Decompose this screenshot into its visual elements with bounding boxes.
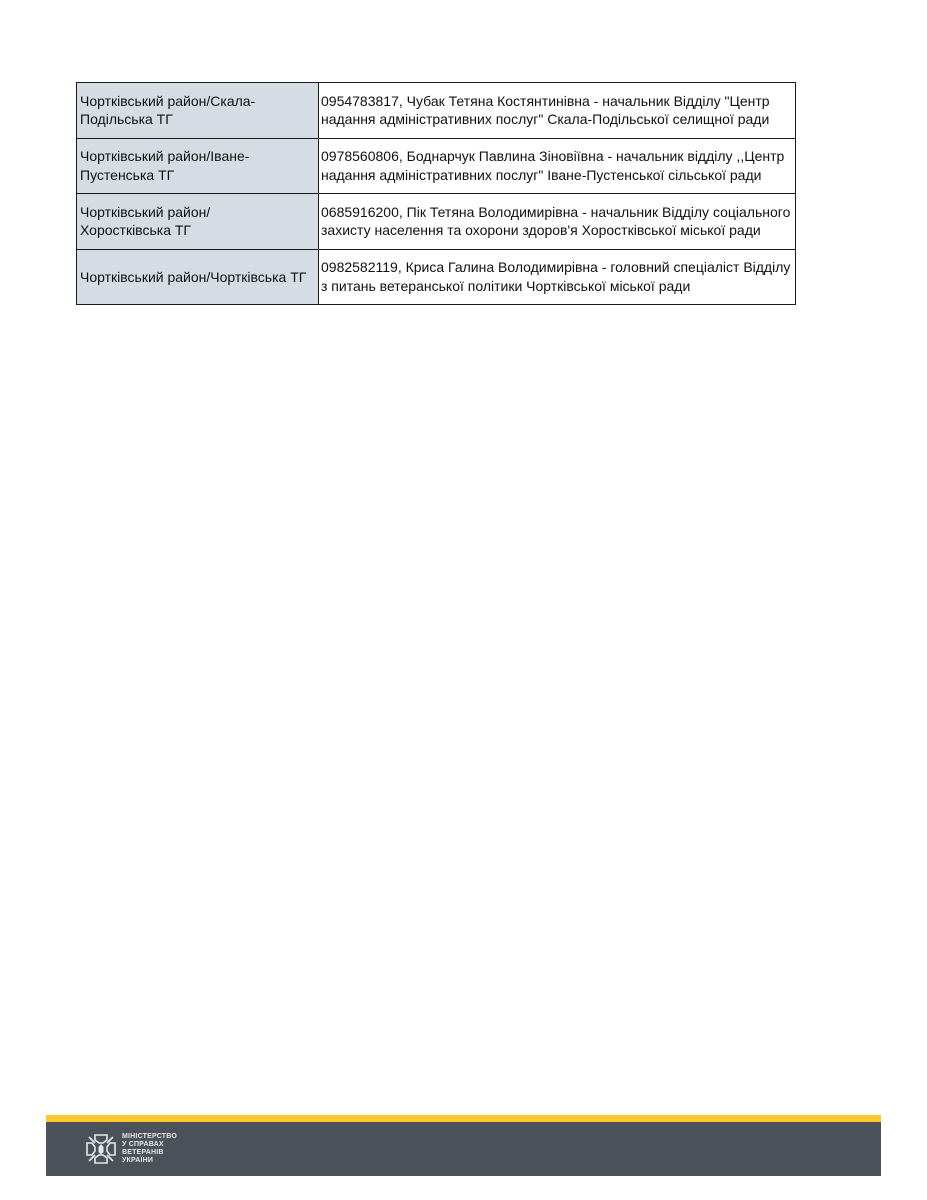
region-cell: Чортківський район/Чортківська ТГ (77, 249, 319, 305)
ministry-name-line: УКРАЇНИ (122, 1157, 177, 1165)
ministry-name-line: МІНІСТЕРСТВО (122, 1133, 177, 1141)
table-row: Чортківський район/Чортківська ТГ 098258… (77, 249, 796, 305)
contact-cell: 0685916200, Пік Тетяна Володимирівна - н… (319, 194, 796, 250)
region-cell: Чортківський район/Скала-Подільська ТГ (77, 83, 319, 139)
contacts-table: Чортківський район/Скала-Подільська ТГ 0… (76, 82, 796, 305)
region-cell: Чортківський район/Хоростківська ТГ (77, 194, 319, 250)
ministry-name: МІНІСТЕРСТВО У СПРАВАХ ВЕТЕРАНІВ УКРАЇНИ (122, 1133, 177, 1165)
contact-cell: 0978560806, Боднарчук Павлина Зіновіївна… (319, 138, 796, 194)
contact-cell: 0982582119, Криса Галина Володимирівна -… (319, 249, 796, 305)
region-cell: Чортківський район/Іване-Пустенська ТГ (77, 138, 319, 194)
table-row: Чортківський район/Хоростківська ТГ 0685… (77, 194, 796, 250)
ministry-name-line: ВЕТЕРАНІВ (122, 1149, 177, 1157)
region-text: Чортківський район/Хоростківська ТГ (80, 203, 255, 240)
footer-accent-stripe (46, 1115, 881, 1122)
ministry-emblem-icon (84, 1132, 118, 1166)
ministry-name-line: У СПРАВАХ (122, 1141, 177, 1149)
ministry-logo: МІНІСТЕРСТВО У СПРАВАХ ВЕТЕРАНІВ УКРАЇНИ (84, 1132, 177, 1166)
table-row: Чортківський район/Іване-Пустенська ТГ 0… (77, 138, 796, 194)
table-row: Чортківський район/Скала-Подільська ТГ 0… (77, 83, 796, 139)
contact-cell: 0954783817, Чубак Тетяна Костянтинівна -… (319, 83, 796, 139)
